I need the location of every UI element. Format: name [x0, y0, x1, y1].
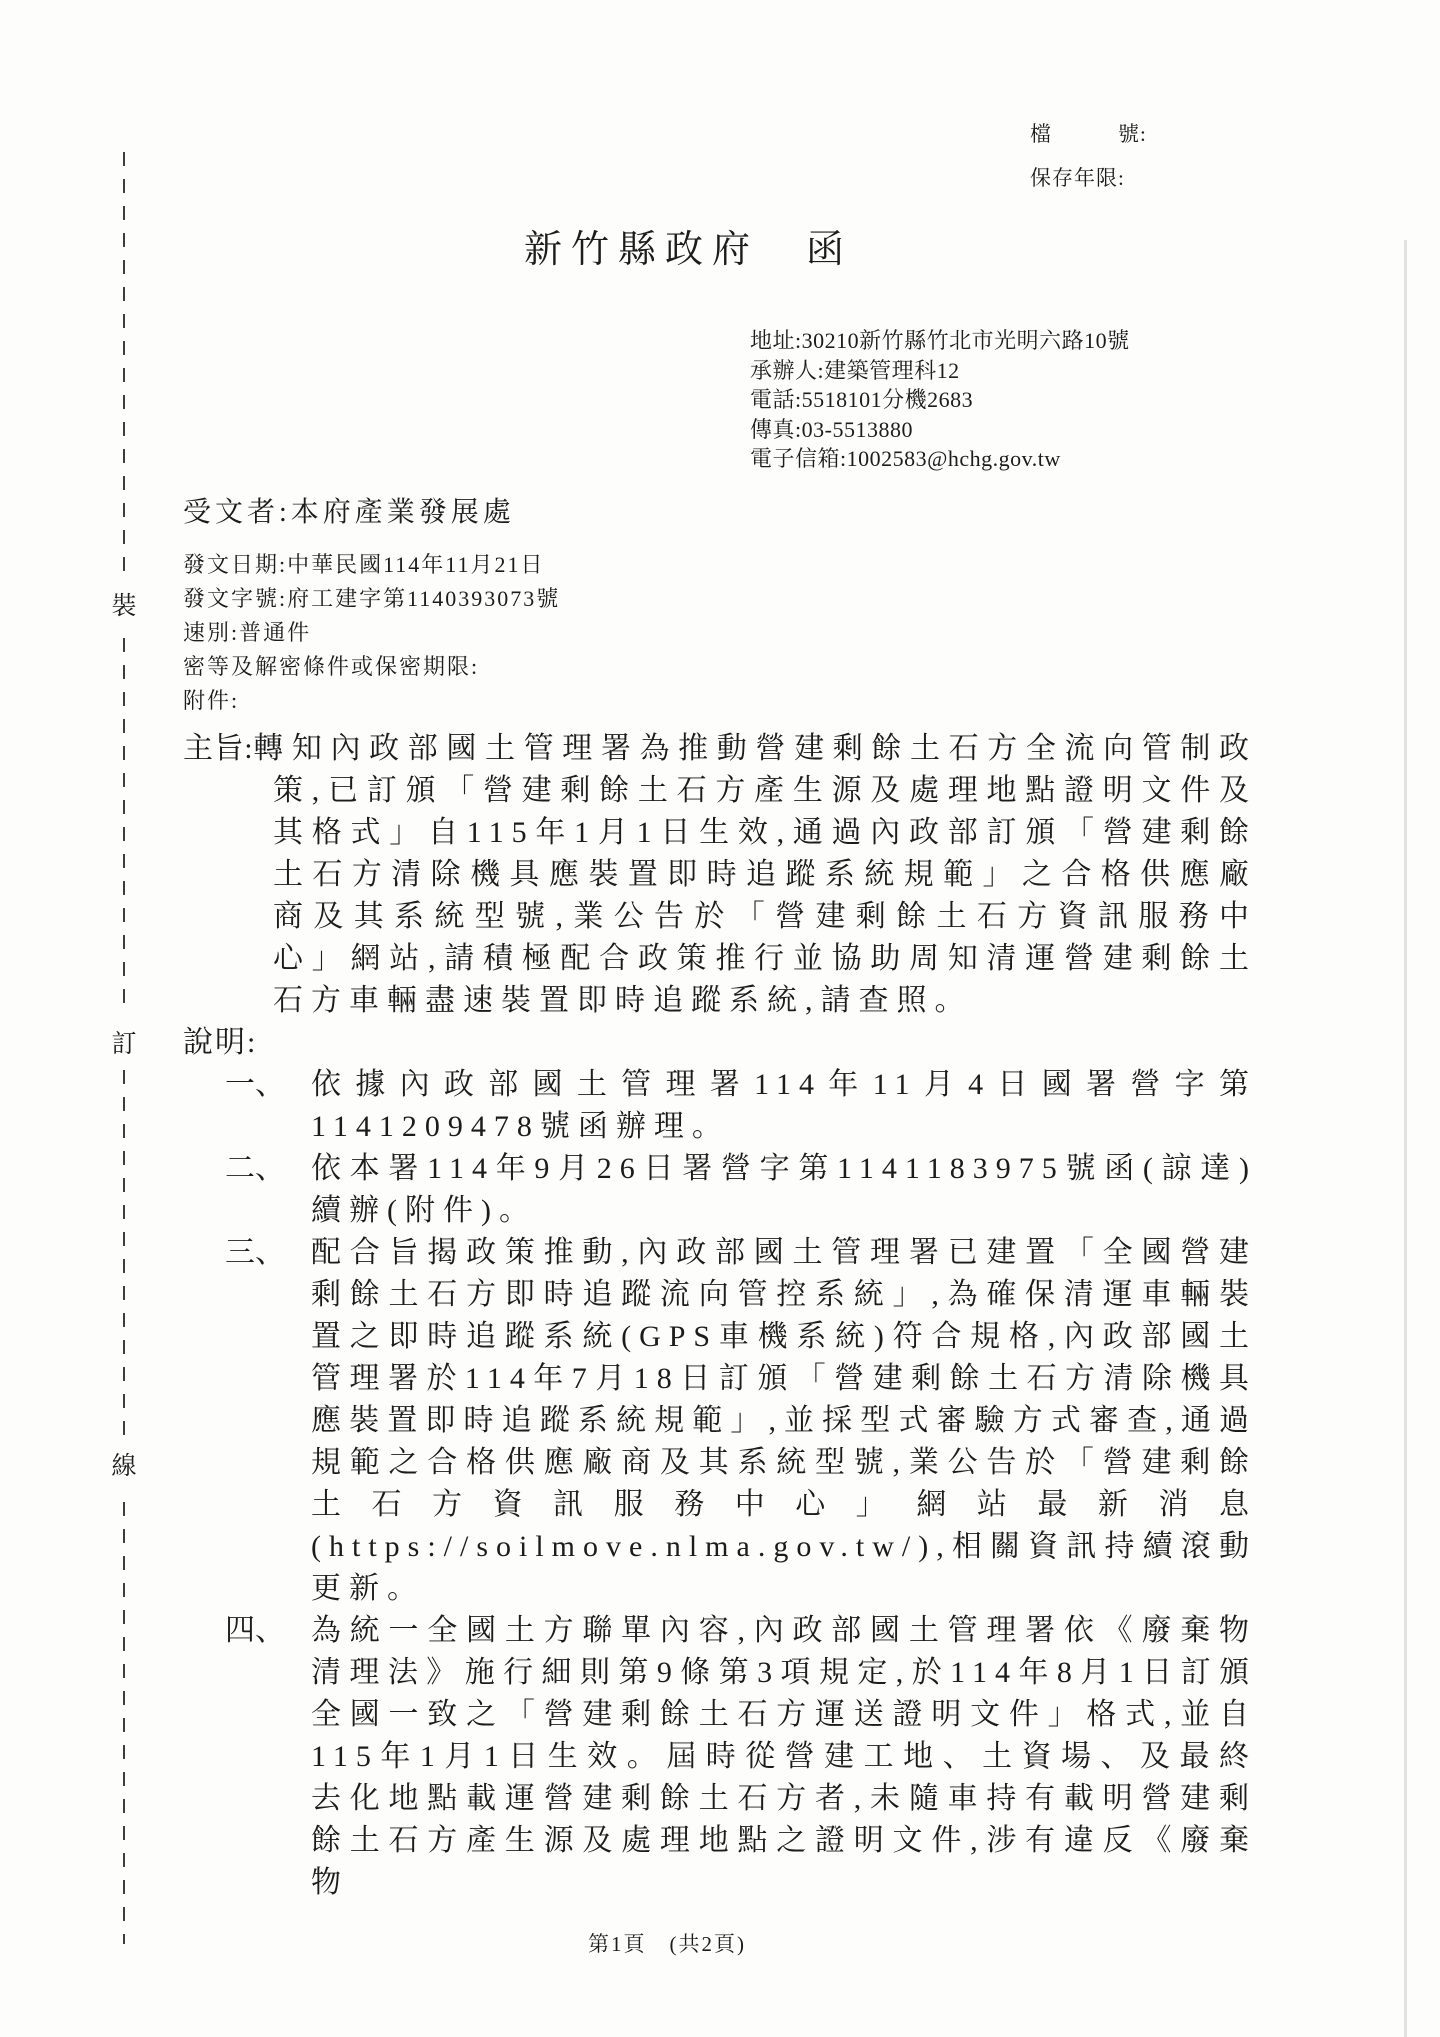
explanation-item-4: 四、 為統一全國土方聯單內容,內政部國土管理署依《廢棄物清理法》施行細則第9條第… — [183, 1610, 1257, 1904]
item-number: 三、 — [225, 1232, 311, 1610]
email-line: 電子信箱:1002583@hchg.gov.tw — [750, 444, 1130, 474]
speed-line: 速別:普通件 — [183, 616, 560, 650]
fax-line: 傳真:03-5513880 — [750, 415, 1130, 445]
attachment-line: 附件: — [183, 684, 560, 718]
subject-label: 主旨: — [183, 732, 253, 765]
document-page: { "doc": { "file_no": "檔\u3000\u3000\u30… — [0, 0, 1440, 2037]
retention-period-label: 保存年限: — [1030, 162, 1125, 192]
item-text: 為統一全國土方聯單內容,內政部國土管理署依《廢棄物清理法》施行細則第9條第3項規… — [311, 1610, 1257, 1904]
item-number: 四、 — [225, 1610, 311, 1904]
item-text: 依本署114年9月26日署營字第1141183975號函(諒達)續辦(附件)。 — [311, 1148, 1257, 1232]
security-line: 密等及解密條件或保密期限: — [183, 650, 560, 684]
explanation-label: 說明: — [183, 1022, 1257, 1064]
page-footer: 第1頁 (共2頁) — [588, 1928, 746, 1958]
contact-block: 地址:30210新竹縣竹北市光明六路10號 承辦人:建築管理科12 電話:551… — [750, 326, 1130, 474]
item-number: 一、 — [225, 1064, 311, 1148]
item-text: 依據內政部國土管理署114年11月4日國署營字第1141209478號函辦理。 — [311, 1064, 1257, 1148]
recipient-line: 受文者:本府產業發展處 — [183, 490, 515, 530]
address-line: 地址:30210新竹縣竹北市光明六路10號 — [750, 326, 1130, 356]
explanation-item-3: 三、 配合旨揭政策推動,內政部國土管理署已建置「全國營建剩餘土石方即時追蹤流向管… — [183, 1232, 1257, 1610]
subject-paragraph: 主旨:轉知內政部國土管理署為推動營建剩餘土石方全流向管制政策,已訂頒「營建剩餘土… — [183, 728, 1257, 1022]
binding-mark-zhuang: 裝 — [108, 576, 140, 632]
document-body: 主旨:轉知內政部國土管理署為推動營建剩餘土石方全流向管制政策,已訂頒「營建剩餘土… — [183, 728, 1257, 1904]
explanation-item-1: 一、 依據內政部國土管理署114年11月4日國署營字第1141209478號函辦… — [183, 1064, 1257, 1148]
explanation-item-2: 二、 依本署114年9月26日署營字第1141183975號函(諒達)續辦(附件… — [183, 1148, 1257, 1232]
file-number-label: 檔 號: — [1030, 118, 1147, 148]
phone-line: 電話:5518101分機2683 — [750, 385, 1130, 415]
contact-person-line: 承辦人:建築管理科12 — [750, 356, 1130, 386]
binding-mark-ding: 訂 — [108, 1014, 140, 1070]
scan-edge-artifact — [1404, 240, 1407, 2037]
item-text: 配合旨揭政策推動,內政部國土管理署已建置「全國營建剩餘土石方即時追蹤流向管控系統… — [311, 1232, 1257, 1610]
issue-date-line: 發文日期:中華民國114年11月21日 — [183, 548, 560, 582]
meta-block: 發文日期:中華民國114年11月21日 發文字號:府工建字第1140393073… — [183, 548, 560, 718]
document-title: 新竹縣政府 函 — [524, 218, 853, 273]
item-number: 二、 — [225, 1148, 311, 1232]
binding-mark-xian: 線 — [108, 1436, 140, 1492]
subject-text: 轉知內政部國土管理署為推動營建剩餘土石方全流向管制政策,已訂頒「營建剩餘土石方產… — [253, 732, 1257, 1017]
doc-number-line: 發文字號:府工建字第1140393073號 — [183, 582, 560, 616]
